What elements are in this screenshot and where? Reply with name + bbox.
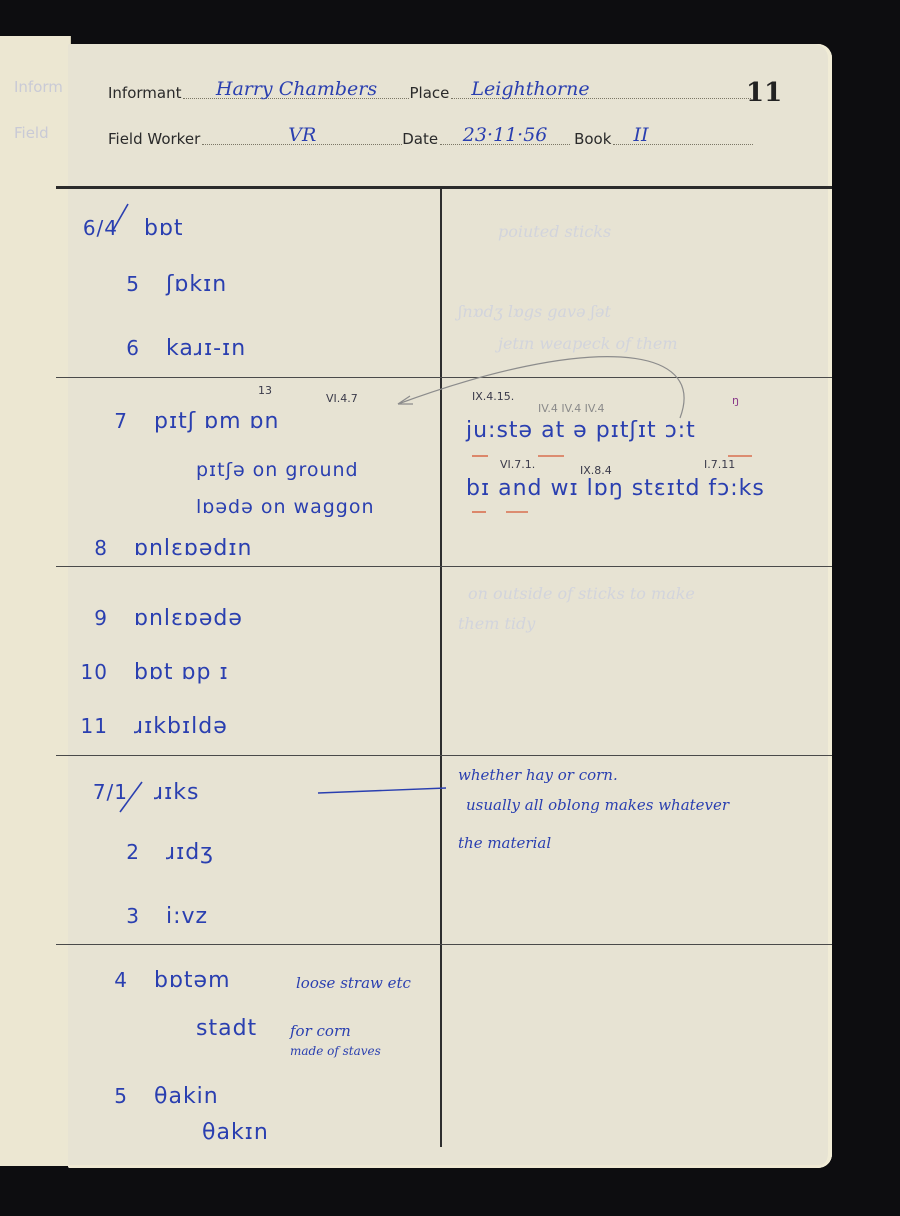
note-made-of-staves: made of staves xyxy=(290,1044,381,1058)
row-divider-3 xyxy=(56,755,832,756)
entry-2: 2 ɹɪdʒ xyxy=(90,840,214,865)
annotation-13: 13 xyxy=(258,384,272,397)
sentence-line-2: bɪ and wɪ lɒŋ stɛɪtd fɔ:ks xyxy=(466,476,765,501)
entry-6: 6 kaɹɪ-ɪn xyxy=(90,336,246,361)
entry-transcription: bɒtəm xyxy=(154,968,231,993)
ghost-field-label: Field xyxy=(14,124,49,142)
column-divider xyxy=(440,189,442,1147)
notebook-page: Informant Harry Chambers Place Leighthor… xyxy=(68,44,832,1168)
reference-iv-4: IV.4 IV.4 IV.4 xyxy=(538,402,605,415)
reference-i-7-11: I.7.11 xyxy=(704,458,735,471)
entry-transcription: ɹɪkbɪldə xyxy=(134,714,228,739)
entry-4-stadt: stadt xyxy=(196,1016,257,1041)
reference-ix-4-15: IX.4.15. xyxy=(472,390,514,403)
book-field: II xyxy=(613,143,753,145)
date-value: 23·11·56 xyxy=(440,124,570,146)
bleed-through-line: poiuted sticks xyxy=(498,222,611,241)
bleed-through-line: ʃnɒdʒ lɒgs gavə ʃət xyxy=(458,302,611,321)
date-field: 23·11·56 xyxy=(440,143,570,145)
entry-8: 8 ɒnlɛɒədɪn xyxy=(78,536,253,561)
informant-row: Informant Harry Chambers Place Leighthor… xyxy=(108,84,751,102)
book-label: Book xyxy=(574,130,611,148)
ghost-informant-label: Inform xyxy=(14,78,63,96)
reference-vi-7-1: VI.7.1. xyxy=(500,458,535,471)
entry-5-variant: θakɪn xyxy=(202,1120,269,1145)
note-material: the material xyxy=(458,834,551,852)
annotation-vi-4-7: VI.4.7 xyxy=(326,392,358,405)
entry-7-1: 7/1 ɹɪks xyxy=(78,780,200,805)
entry-7-loader: lɒədə on waggon xyxy=(196,496,375,518)
entry-transcription: ɹɪdʒ xyxy=(166,840,214,865)
entry-transcription: bɒt ɒp ɪ xyxy=(134,660,229,685)
bleed-through-line: on outside of sticks to make xyxy=(468,584,695,603)
field-worker-row: Field Worker VR Date 23·11·56 Book II xyxy=(108,130,753,148)
entry-3: 3 i:vz xyxy=(90,904,208,929)
entry-7: 7 pɪtʃ ɒm ɒn xyxy=(78,409,279,434)
row-divider-4 xyxy=(56,944,832,945)
book-value: II xyxy=(633,124,753,146)
entry-transcription: θakin xyxy=(154,1084,219,1109)
place-value: Leighthorne xyxy=(471,78,751,100)
entry-9: 9 ɒnlɛɒədə xyxy=(78,606,243,631)
note-for-corn: for corn xyxy=(290,1022,351,1040)
date-label: Date xyxy=(402,130,438,148)
place-label: Place xyxy=(409,84,449,102)
informant-label: Informant xyxy=(108,84,181,102)
note-loose-straw: loose straw etc xyxy=(296,974,411,992)
entry-6-4: 6/4 bɒt xyxy=(68,216,184,241)
entry-transcription: kaɹɪ-ɪn xyxy=(166,336,246,361)
informant-value: Harry Chambers xyxy=(183,78,409,100)
entry-number: 7/1 xyxy=(78,780,128,804)
entry-7-pitcher: pɪtʃə on ground xyxy=(196,459,359,481)
place-field: Leighthorne xyxy=(451,97,751,99)
entry-transcription: ɒnlɛɒədɪn xyxy=(134,536,253,561)
entry-transcription: bɒt xyxy=(144,216,184,241)
entry-transcription: i:vz xyxy=(166,904,208,929)
page-number: 11 xyxy=(746,78,782,108)
field-worker-field: VR xyxy=(202,143,402,145)
note-hay-or-corn: whether hay or corn. xyxy=(458,766,618,784)
bleed-through-line: jetɪn weapeck of them xyxy=(498,334,678,353)
note-usually-oblong: usually all oblong makes whatever xyxy=(466,796,729,814)
entry-11: 11 ɹɪkbɪldə xyxy=(78,714,228,739)
entry-5-thatching: 5 θakin xyxy=(78,1084,219,1109)
entry-number: 3 xyxy=(90,904,140,928)
field-worker-label: Field Worker xyxy=(108,130,200,148)
entry-number: 2 xyxy=(90,840,140,864)
entry-number: 10 xyxy=(78,660,108,684)
entry-4: 4 bɒtəm xyxy=(78,968,231,993)
header-divider xyxy=(56,186,832,189)
field-worker-value: VR xyxy=(202,124,402,146)
row-divider-1 xyxy=(56,377,832,378)
row-divider-2 xyxy=(56,566,832,567)
ng-annotation: ŋ xyxy=(732,394,739,407)
entry-number: 4 xyxy=(78,968,128,992)
sentence-line-1: ju:stə at ə pɪtʃɪt ɔ:t xyxy=(466,418,696,443)
arrow-head-icon xyxy=(398,396,413,404)
connector-line-icon xyxy=(318,788,446,793)
entry-number: 8 xyxy=(78,536,108,560)
entry-number: 6 xyxy=(90,336,140,360)
entry-transcription: ɹɪks xyxy=(154,780,200,805)
entry-transcription: ɒnlɛɒədə xyxy=(134,606,243,631)
entry-number: 9 xyxy=(78,606,108,630)
entry-transcription: ʃɒkɪn xyxy=(166,272,227,297)
underlying-page: Inform Field xyxy=(0,36,71,1166)
informant-field: Harry Chambers xyxy=(183,97,409,99)
entry-number: 7 xyxy=(78,409,128,433)
entry-transcription: pɪtʃ ɒm ɒn xyxy=(154,409,279,434)
bleed-through-line: them tidy xyxy=(458,614,535,633)
entry-number: 6/4 xyxy=(68,216,118,240)
entry-5: 5 ʃɒkɪn xyxy=(90,272,227,297)
entry-number: 5 xyxy=(78,1084,128,1108)
entry-number: 5 xyxy=(90,272,140,296)
entry-number: 11 xyxy=(78,714,108,738)
entry-10: 10 bɒt ɒp ɪ xyxy=(78,660,229,685)
